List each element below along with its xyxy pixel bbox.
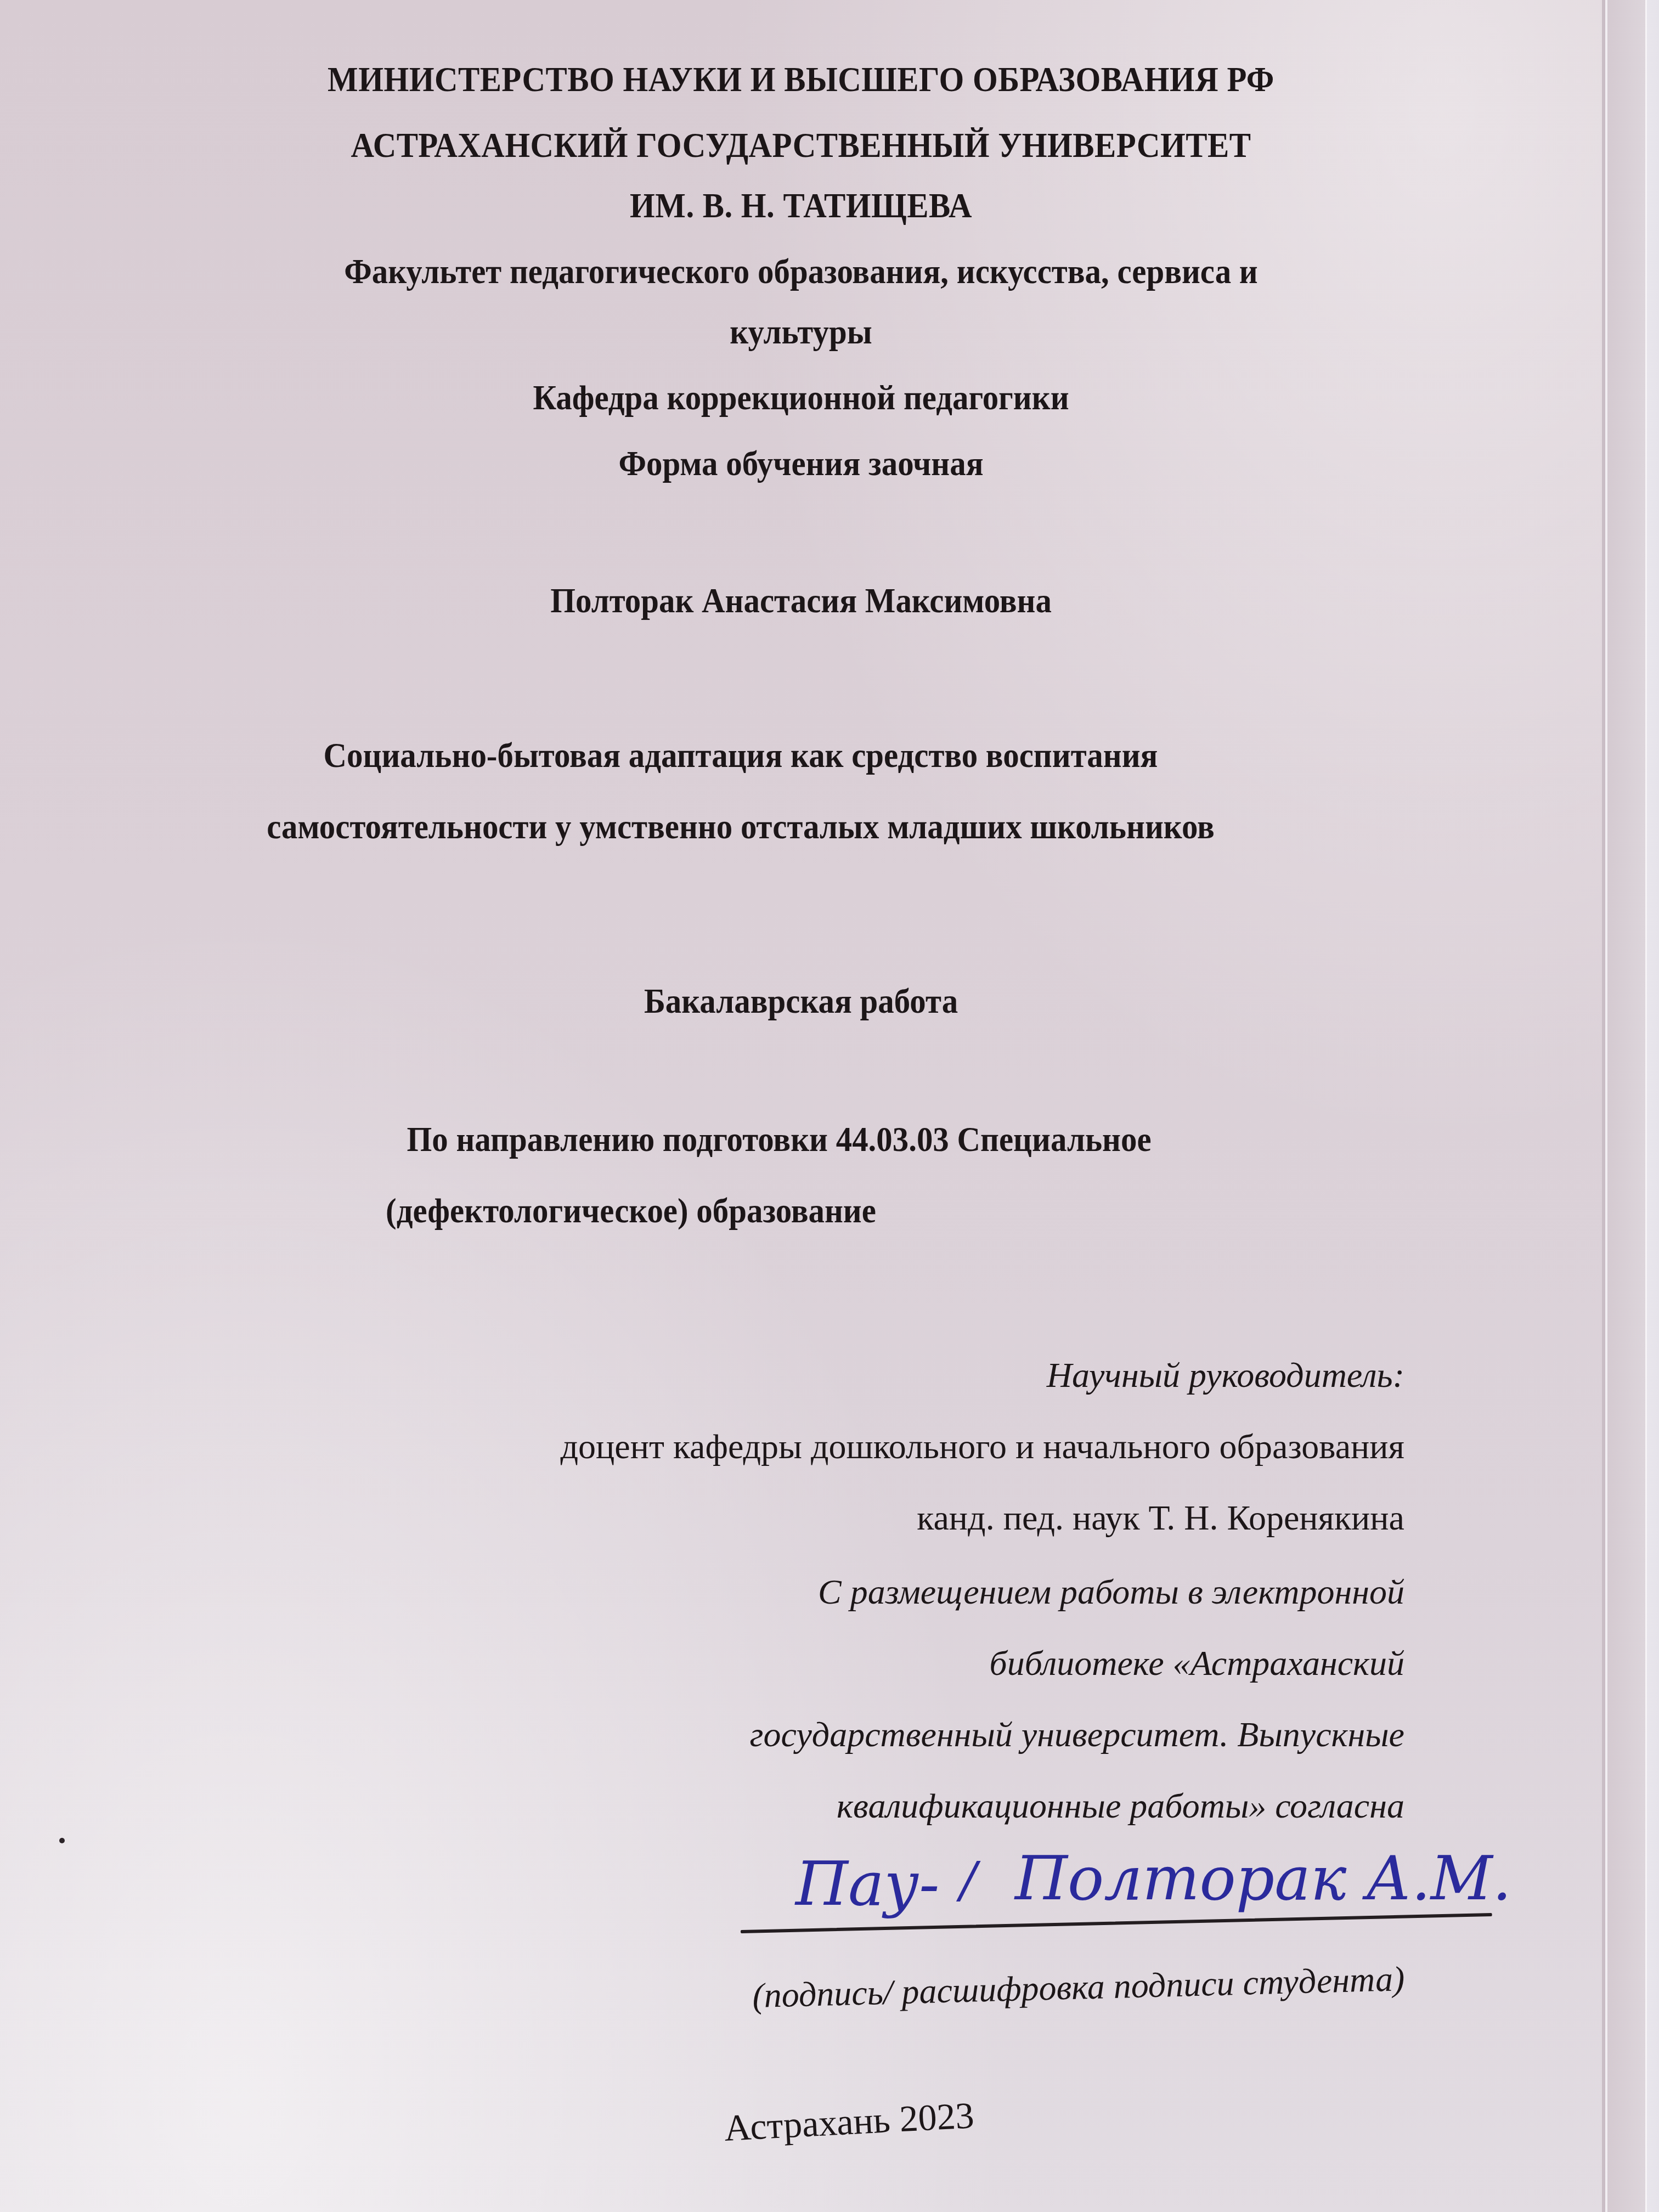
university-heading: АСТРАХАНСКИЙ ГОСУДАРСТВЕННЫЙ УНИВЕРСИТЕТ bbox=[64, 125, 1538, 166]
supervisor-label: Научный руководитель: bbox=[1047, 1355, 1404, 1396]
consent-line-3: государственный университет. Выпускные bbox=[750, 1714, 1404, 1755]
title-page: МИНИСТЕРСТВО НАУКИ И ВЫСШЕГО ОБРАЗОВАНИЯ… bbox=[0, 0, 1602, 2212]
signature-caption: (подпись/ расшифровка подписи студента) bbox=[752, 1959, 1405, 2016]
direction-line-2: (дефектологическое) образование bbox=[50, 1190, 1211, 1231]
handwritten-signature: Пау- bbox=[795, 1849, 940, 1919]
university-named-after: ИМ. В. Н. ТАТИЩЕВА bbox=[64, 185, 1538, 226]
study-form: Форма обучения заочная bbox=[64, 443, 1538, 484]
thesis-title-line-1: Социально-бытовая адаптация как средство… bbox=[59, 735, 1422, 776]
direction-line-1: По направлению подготовки 44.03.03 Специ… bbox=[63, 1119, 1496, 1160]
city-year: Астрахань 2023 bbox=[723, 2093, 975, 2150]
consent-line-2: библиотеке «Астраханский bbox=[990, 1643, 1404, 1684]
consent-line-1: С размещением работы в электронной bbox=[818, 1572, 1404, 1612]
signature-separator: / bbox=[960, 1852, 977, 1909]
department-name: Кафедра коррекционной педагогики bbox=[64, 377, 1538, 418]
paper-speck bbox=[59, 1838, 65, 1843]
consent-line-4: квалификационные работы» согласна bbox=[837, 1786, 1404, 1826]
ministry-heading: МИНИСТЕРСТВО НАУКИ И ВЫСШЕГО ОБРАЗОВАНИЯ… bbox=[64, 59, 1538, 100]
supervisor-name: канд. пед. наук Т. Н. Коренякина bbox=[917, 1498, 1404, 1538]
work-type: Бакалаврская работа bbox=[64, 981, 1538, 1022]
faculty-line-1: Факультет педагогического образования, и… bbox=[64, 251, 1538, 292]
handwritten-name-decoding: Полторак А.М. bbox=[1015, 1843, 1511, 1914]
author-name: Полторак Анастасия Максимовна bbox=[64, 580, 1538, 621]
faculty-line-2: культуры bbox=[64, 312, 1538, 352]
thesis-title-line-2: самостоятельности у умственно отсталых м… bbox=[59, 806, 1422, 847]
supervisor-position: доцент кафедры дошкольного и начального … bbox=[560, 1426, 1404, 1467]
underlying-sheet-edge bbox=[1600, 0, 1647, 2212]
